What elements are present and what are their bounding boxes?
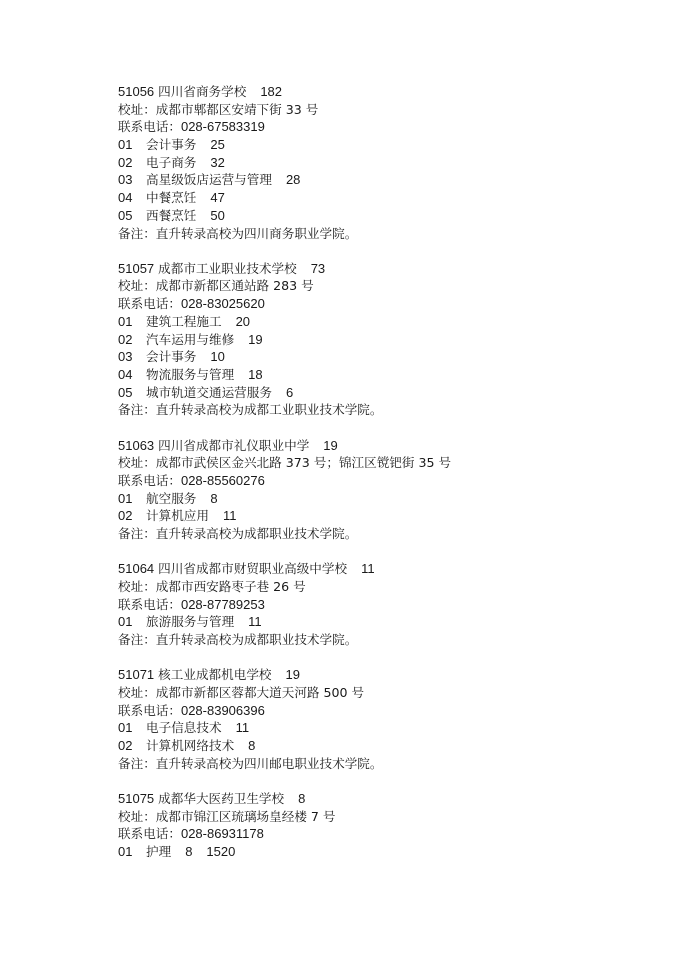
address-value: 成都市武侯区金兴北路 373 号；锦江区镋钯街 35 号 (156, 455, 451, 470)
major-quota: 8 (248, 738, 255, 753)
major-code: 04 (118, 189, 146, 207)
major-code: 02 (118, 737, 146, 755)
school-note: 备注：直升转录高校为四川邮电职业技术学院。 (118, 755, 638, 773)
school-code: 51057 (118, 261, 154, 276)
major-name: 电子商务 (146, 155, 196, 170)
note-value: 直升转录高校为成都职业技术学院。 (156, 526, 358, 541)
school-note: 备注：直升转录高校为成都职业技术学院。 (118, 631, 638, 649)
major-quota: 10 (210, 349, 224, 364)
school-phone: 联系电话：028-85560276 (118, 472, 638, 490)
school-header: 51063四川省成都市礼仪职业中学19 (118, 437, 638, 455)
school-header: 51064四川省成都市财贸职业高级中学校11 (118, 560, 638, 578)
major-quota: 19 (248, 332, 262, 347)
school-address: 校址：成都市新都区通站路 283 号 (118, 277, 638, 295)
major-name: 物流服务与管理 (146, 367, 234, 382)
phone-value: 028-85560276 (181, 473, 265, 488)
major-row: 02计算机网络技术8 (118, 737, 638, 755)
school-phone: 联系电话：028-83906396 (118, 702, 638, 720)
school-quota: 73 (311, 261, 325, 276)
major-name: 航空服务 (146, 491, 196, 506)
major-name: 城市轨道交通运营服务 (146, 385, 272, 400)
school-name: 成都华大医药卫生学校 (158, 791, 284, 806)
school-quota: 182 (260, 84, 282, 99)
major-code: 02 (118, 331, 146, 349)
school-code: 51056 (118, 84, 154, 99)
school-address: 校址：成都市武侯区金兴北路 373 号；锦江区镋钯街 35 号 (118, 454, 638, 472)
phone-label: 联系电话： (118, 296, 181, 311)
address-value: 成都市郫都区安靖下街 33 号 (156, 102, 319, 117)
address-value: 成都市新都区通站路 283 号 (156, 278, 314, 293)
major-row: 01旅游服务与管理11 (118, 613, 638, 631)
major-name: 西餐烹饪 (146, 208, 196, 223)
document-page: 51056四川省商务学校182 校址：成都市郫都区安靖下街 33 号 联系电话：… (118, 83, 638, 878)
major-quota: 20 (236, 314, 250, 329)
major-code: 01 (118, 613, 146, 631)
note-label: 备注： (118, 226, 156, 241)
major-code: 01 (118, 313, 146, 331)
major-name: 电子信息技术 (146, 720, 222, 735)
note-value: 直升转录高校为成都职业技术学院。 (156, 632, 358, 647)
phone-label: 联系电话： (118, 473, 181, 488)
school-note: 备注：直升转录高校为成都职业技术学院。 (118, 525, 638, 543)
school-name: 核工业成都机电学校 (158, 667, 271, 682)
major-row: 05城市轨道交通运营服务6 (118, 384, 638, 402)
address-label: 校址： (118, 579, 156, 594)
school-header: 51057成都市工业职业技术学校73 (118, 260, 638, 278)
school-code: 51071 (118, 667, 154, 682)
address-value: 成都市锦江区琉璃场皇经楼 7 号 (156, 809, 336, 824)
major-row: 04物流服务与管理18 (118, 366, 638, 384)
school-code: 51064 (118, 561, 154, 576)
major-row: 02计算机应用11 (118, 507, 638, 525)
address-value: 成都市西安路枣子巷 26 号 (156, 579, 306, 594)
major-code: 02 (118, 507, 146, 525)
school-phone: 联系电话：028-67583319 (118, 118, 638, 136)
major-code: 01 (118, 490, 146, 508)
major-code: 02 (118, 154, 146, 172)
major-name: 旅游服务与管理 (146, 614, 234, 629)
phone-value: 028-87789253 (181, 597, 265, 612)
school-quota: 19 (323, 438, 337, 453)
address-label: 校址： (118, 455, 156, 470)
school-header: 51056四川省商务学校182 (118, 83, 638, 101)
phone-value: 028-86931178 (181, 826, 264, 841)
note-label: 备注： (118, 402, 156, 417)
note-label: 备注： (118, 526, 156, 541)
major-quota: 6 (286, 385, 293, 400)
phone-label: 联系电话： (118, 597, 181, 612)
major-name: 会计事务 (146, 349, 196, 364)
school-name: 四川省成都市财贸职业高级中学校 (158, 561, 347, 576)
major-row: 05西餐烹饪50 (118, 207, 638, 225)
major-quota: 32 (210, 155, 224, 170)
major-name: 中餐烹饪 (146, 190, 196, 205)
major-code: 05 (118, 384, 146, 402)
major-code: 05 (118, 207, 146, 225)
major-quota: 47 (210, 190, 224, 205)
school-address: 校址：成都市新都区蓉都大道天河路 500 号 (118, 684, 638, 702)
major-row: 02汽车运用与维修19 (118, 331, 638, 349)
major-row: 01会计事务25 (118, 136, 638, 154)
phone-label: 联系电话： (118, 119, 181, 134)
school-phone: 联系电话：028-86931178 (118, 825, 638, 843)
school-note: 备注：直升转录高校为四川商务职业学院。 (118, 225, 638, 243)
note-value: 直升转录高校为成都工业职业技术学院。 (156, 402, 383, 417)
major-code: 01 (118, 719, 146, 737)
school-address: 校址：成都市锦江区琉璃场皇经楼 7 号 (118, 808, 638, 826)
school-header: 51075成都华大医药卫生学校8 (118, 790, 638, 808)
major-quota: 11 (236, 720, 250, 735)
major-extra-value: 1520 (206, 844, 235, 859)
major-row: 01建筑工程施工20 (118, 313, 638, 331)
school-address: 校址：成都市西安路枣子巷 26 号 (118, 578, 638, 596)
major-row: 03高星级饭店运营与管理28 (118, 171, 638, 189)
address-label: 校址： (118, 809, 156, 824)
major-row: 01护理81520 (118, 843, 638, 861)
school-entry-51057: 51057成都市工业职业技术学校73 校址：成都市新都区通站路 283 号 联系… (118, 260, 638, 419)
school-header: 51071核工业成都机电学校19 (118, 666, 638, 684)
major-name: 计算机应用 (146, 508, 209, 523)
address-label: 校址： (118, 102, 156, 117)
phone-value: 028-83906396 (181, 703, 265, 718)
school-name: 四川省成都市礼仪职业中学 (158, 438, 309, 453)
school-entry-51064: 51064四川省成都市财贸职业高级中学校11 校址：成都市西安路枣子巷 26 号… (118, 560, 638, 648)
major-code: 01 (118, 843, 146, 861)
major-code: 03 (118, 171, 146, 189)
major-code: 03 (118, 348, 146, 366)
address-label: 校址： (118, 278, 156, 293)
note-value: 直升转录高校为四川邮电职业技术学院。 (156, 756, 383, 771)
school-entry-51075: 51075成都华大医药卫生学校8 校址：成都市锦江区琉璃场皇经楼 7 号 联系电… (118, 790, 638, 861)
school-name: 四川省商务学校 (158, 84, 246, 99)
major-quota: 8 (185, 844, 192, 859)
major-code: 01 (118, 136, 146, 154)
school-phone: 联系电话：028-87789253 (118, 596, 638, 614)
school-quota: 19 (286, 667, 300, 682)
major-row: 01航空服务8 (118, 490, 638, 508)
major-quota: 11 (248, 614, 262, 629)
major-quota: 28 (286, 172, 300, 187)
major-name: 护理 (146, 844, 171, 859)
major-quota: 50 (210, 208, 224, 223)
phone-value: 028-83025620 (181, 296, 265, 311)
major-name: 会计事务 (146, 137, 196, 152)
school-quota: 8 (298, 791, 305, 806)
phone-label: 联系电话： (118, 703, 181, 718)
school-entry-51056: 51056四川省商务学校182 校址：成都市郫都区安靖下街 33 号 联系电话：… (118, 83, 638, 242)
address-value: 成都市新都区蓉都大道天河路 500 号 (156, 685, 364, 700)
major-row: 02电子商务32 (118, 154, 638, 172)
address-label: 校址： (118, 685, 156, 700)
major-row: 01电子信息技术11 (118, 719, 638, 737)
major-name: 汽车运用与维修 (146, 332, 234, 347)
school-address: 校址：成都市郫都区安靖下街 33 号 (118, 101, 638, 119)
major-name: 高星级饭店运营与管理 (146, 172, 272, 187)
school-quota: 11 (361, 561, 375, 576)
major-code: 04 (118, 366, 146, 384)
note-label: 备注： (118, 756, 156, 771)
school-code: 51075 (118, 791, 154, 806)
major-name: 建筑工程施工 (146, 314, 222, 329)
school-entry-51063: 51063四川省成都市礼仪职业中学19 校址：成都市武侯区金兴北路 373 号；… (118, 437, 638, 543)
major-row: 04中餐烹饪47 (118, 189, 638, 207)
school-name: 成都市工业职业技术学校 (158, 261, 297, 276)
major-quota: 11 (223, 508, 237, 523)
major-name: 计算机网络技术 (146, 738, 234, 753)
major-row: 03会计事务10 (118, 348, 638, 366)
note-label: 备注： (118, 632, 156, 647)
school-code: 51063 (118, 438, 154, 453)
school-note: 备注：直升转录高校为成都工业职业技术学院。 (118, 401, 638, 419)
major-quota: 18 (248, 367, 262, 382)
school-phone: 联系电话：028-83025620 (118, 295, 638, 313)
school-entry-51071: 51071核工业成都机电学校19 校址：成都市新都区蓉都大道天河路 500 号 … (118, 666, 638, 772)
major-quota: 8 (210, 491, 217, 506)
note-value: 直升转录高校为四川商务职业学院。 (156, 226, 358, 241)
phone-value: 028-67583319 (181, 119, 265, 134)
phone-label: 联系电话： (118, 826, 181, 841)
major-quota: 25 (210, 137, 224, 152)
